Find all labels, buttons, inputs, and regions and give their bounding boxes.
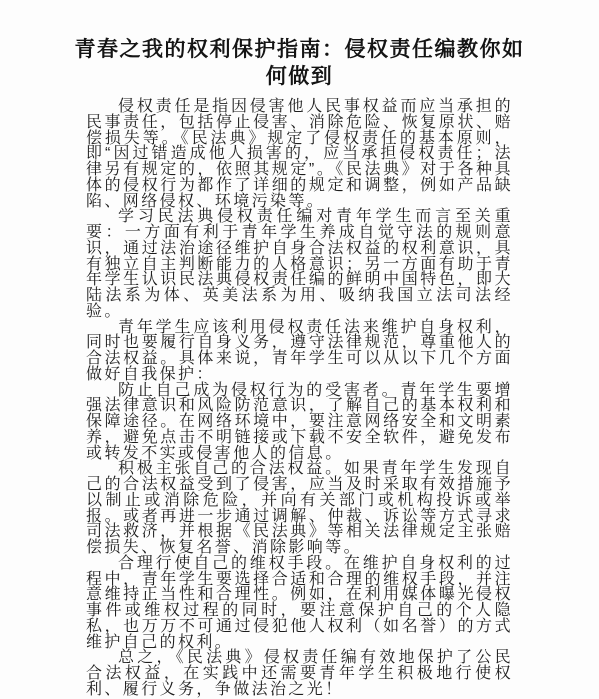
paragraph-prevent-being-victim: 防止自己成为侵权行为的受害者。青年学生要增强法律意识和风险防范意识，了解自己的基… [86,383,513,462]
paragraph-intro-tort-liability: 侵权责任是指因侵害他人民事权益而应当承担的民事责任，包括停止侵害、消除危险、恢复… [86,99,513,209]
document-page: 青春之我的权利保护指南：侵权责任编教你如何做到 侵权责任是指因侵害他人民事权益而… [0,0,599,699]
document-body: 侵权责任是指因侵害他人民事权益而应当承担的民事责任，包括停止侵害、消除危险、恢复… [86,99,513,698]
paragraph-self-protection-lead-in: 青年学生应该利用侵权责任法来维护自身权利，同时也要履行自身义务，遵守法律规范，尊… [86,320,513,383]
paragraph-assert-rights: 积极主张自己的合法权益。如果青年学生发现自己的合法权益受到了侵害，应当及时采取有… [86,461,513,556]
paragraph-reasonable-means: 合理行使自己的维权手段。在维护自身权利的过程中，青年学生要选择合适和合理的维权手… [86,556,513,651]
document-title: 青春之我的权利保护指南：侵权责任编教你如何做到 [72,0,527,90]
paragraph-conclusion: 总之，《民法典》侵权责任编有效地保护了公民合法权益，在实践中还需要青年学生积极地… [86,650,513,697]
paragraph-importance-of-study: 学习民法典侵权责任编对青年学生而言至关重要：一方面有利于青年学生养成自觉守法的规… [86,209,513,319]
